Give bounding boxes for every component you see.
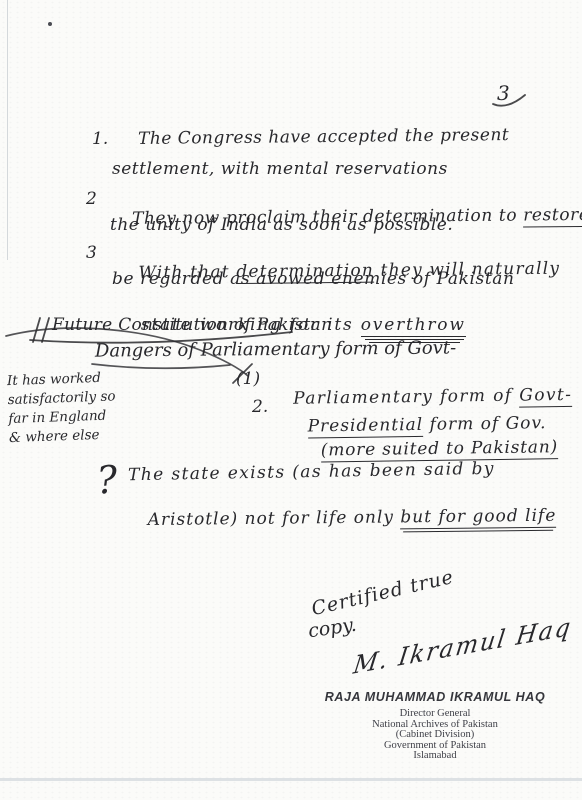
underlined-word-restore: restore — [523, 205, 582, 228]
handwriting-line: The Congress have accepted the present — [138, 125, 509, 149]
list-item-number: 1. — [92, 129, 108, 149]
heading-future-constitution: Future Constitution of Pakistan — [52, 315, 332, 335]
scan-speck — [48, 22, 52, 26]
stamp-division: (Cabinet Division) — [295, 730, 575, 741]
sub-item-number: (1) — [236, 369, 260, 389]
scan-edge-line-left — [7, 0, 8, 260]
certification-line: Certified true — [309, 566, 456, 620]
double-bar-mark — [42, 318, 49, 342]
margin-note-line: & where else — [9, 425, 130, 448]
handwriting-line: The state exists (as has been said by — [128, 459, 495, 485]
official-stamp: RAJA MUHAMMAD IKRAMUL HAQ Director Gener… — [295, 690, 575, 762]
handwriting-line: the unity of India as soon as possible. — [110, 215, 453, 235]
underlined-note-more-suited: (more suited to Pakistan) — [321, 437, 558, 462]
stamp-title: Director General — [295, 709, 575, 720]
question-mark: ? — [95, 457, 118, 502]
handwriting-line: Aristotle) not for life only but for goo… — [122, 486, 557, 551]
stamp-lines: Director General National Archives of Pa… — [295, 709, 575, 762]
handwriting-text: Aristotle) not for life only — [148, 507, 401, 530]
triple-underlined-word-overthrow: overthrow — [361, 315, 466, 337]
handwriting-line: be regarded as avowed enemies of Pakista… — [112, 269, 515, 289]
handwriting-line: settlement, with mental reservations — [112, 159, 448, 179]
page-number: 3 — [497, 81, 510, 105]
sub-item-number: 2. — [252, 397, 268, 417]
double-bar-mark — [33, 318, 40, 342]
heading-dangers: Dangers of Parliamentary form of Govt- — [95, 337, 456, 361]
signature: M. Ikramul Haq — [352, 612, 574, 680]
stamp-name: RAJA MUHAMMAD IKRAMUL HAQ — [295, 690, 575, 704]
scanned-document-page: 3 1. The Congress have accepted the pres… — [0, 0, 582, 800]
scan-edge-band-bottom — [0, 778, 582, 781]
list-item-number: 3 — [86, 243, 97, 263]
stamp-city: Islamabad — [295, 751, 575, 762]
list-item-number: 2 — [86, 189, 97, 209]
margin-note: It has worked satisfactorily so far in E… — [7, 368, 130, 448]
double-underlined-good-life: but for good life — [400, 506, 556, 530]
